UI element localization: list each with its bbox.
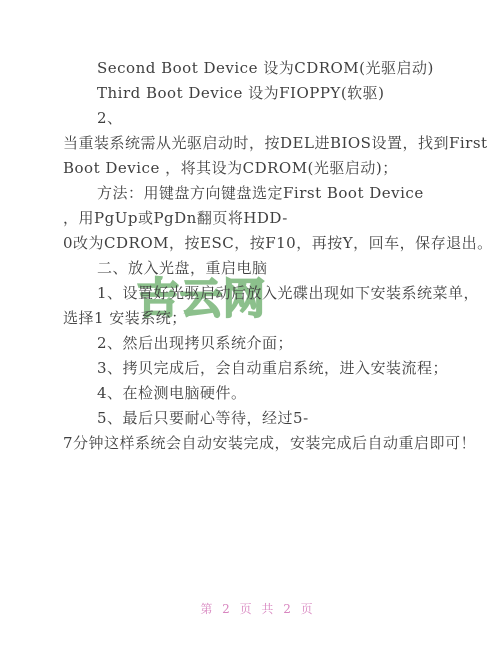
text-line: ，用PgUp或PgDn翻页将HDD- [63,206,453,231]
text-line: 7分钟这样系统会自动安装完成，安装完成后自动重启即可！ [63,431,453,456]
text-line: Second Boot Device 设为CDROM(光驱启动) [63,56,453,81]
text-line: 二、放入光盘，重启电脑 [63,256,453,281]
text-line: 5、最后只要耐心等待，经过5- [63,406,453,431]
text-line: Boot Device ，将其设为CDROM(光驱启动)； [63,156,453,181]
text-line: 4、在检测电脑硬件。 [63,381,453,406]
page-number: 第 2 页 共 2 页 [0,600,500,617]
text-line: 0改为CDROM，按ESC，按F10，再按Y，回车，保存退出。 [63,231,453,256]
document-body: Second Boot Device 设为CDROM(光驱启动) Third B… [63,56,453,456]
text-line: 3、拷贝完成后，会自动重启系统，进入安装流程； [63,356,453,381]
text-line: 1、设置好光驱启动后放入光碟出现如下安装系统菜单， [63,281,453,306]
text-line: Third Boot Device 设为FIOPPY(软驱) [63,81,453,106]
text-line: 方法：用键盘方向键盘选定First Boot Device [63,181,453,206]
text-line: 选择1 安装系统； [63,306,453,331]
document-page: 吉云网 Second Boot Device 设为CDROM(光驱启动) Thi… [0,0,500,647]
text-line: 2、然后出现拷贝系统介面； [63,331,453,356]
text-line: 当重装系统需从光驱启动时，按DEL进BIOS设置，找到First [63,131,453,156]
text-line: 2、 [63,106,453,131]
